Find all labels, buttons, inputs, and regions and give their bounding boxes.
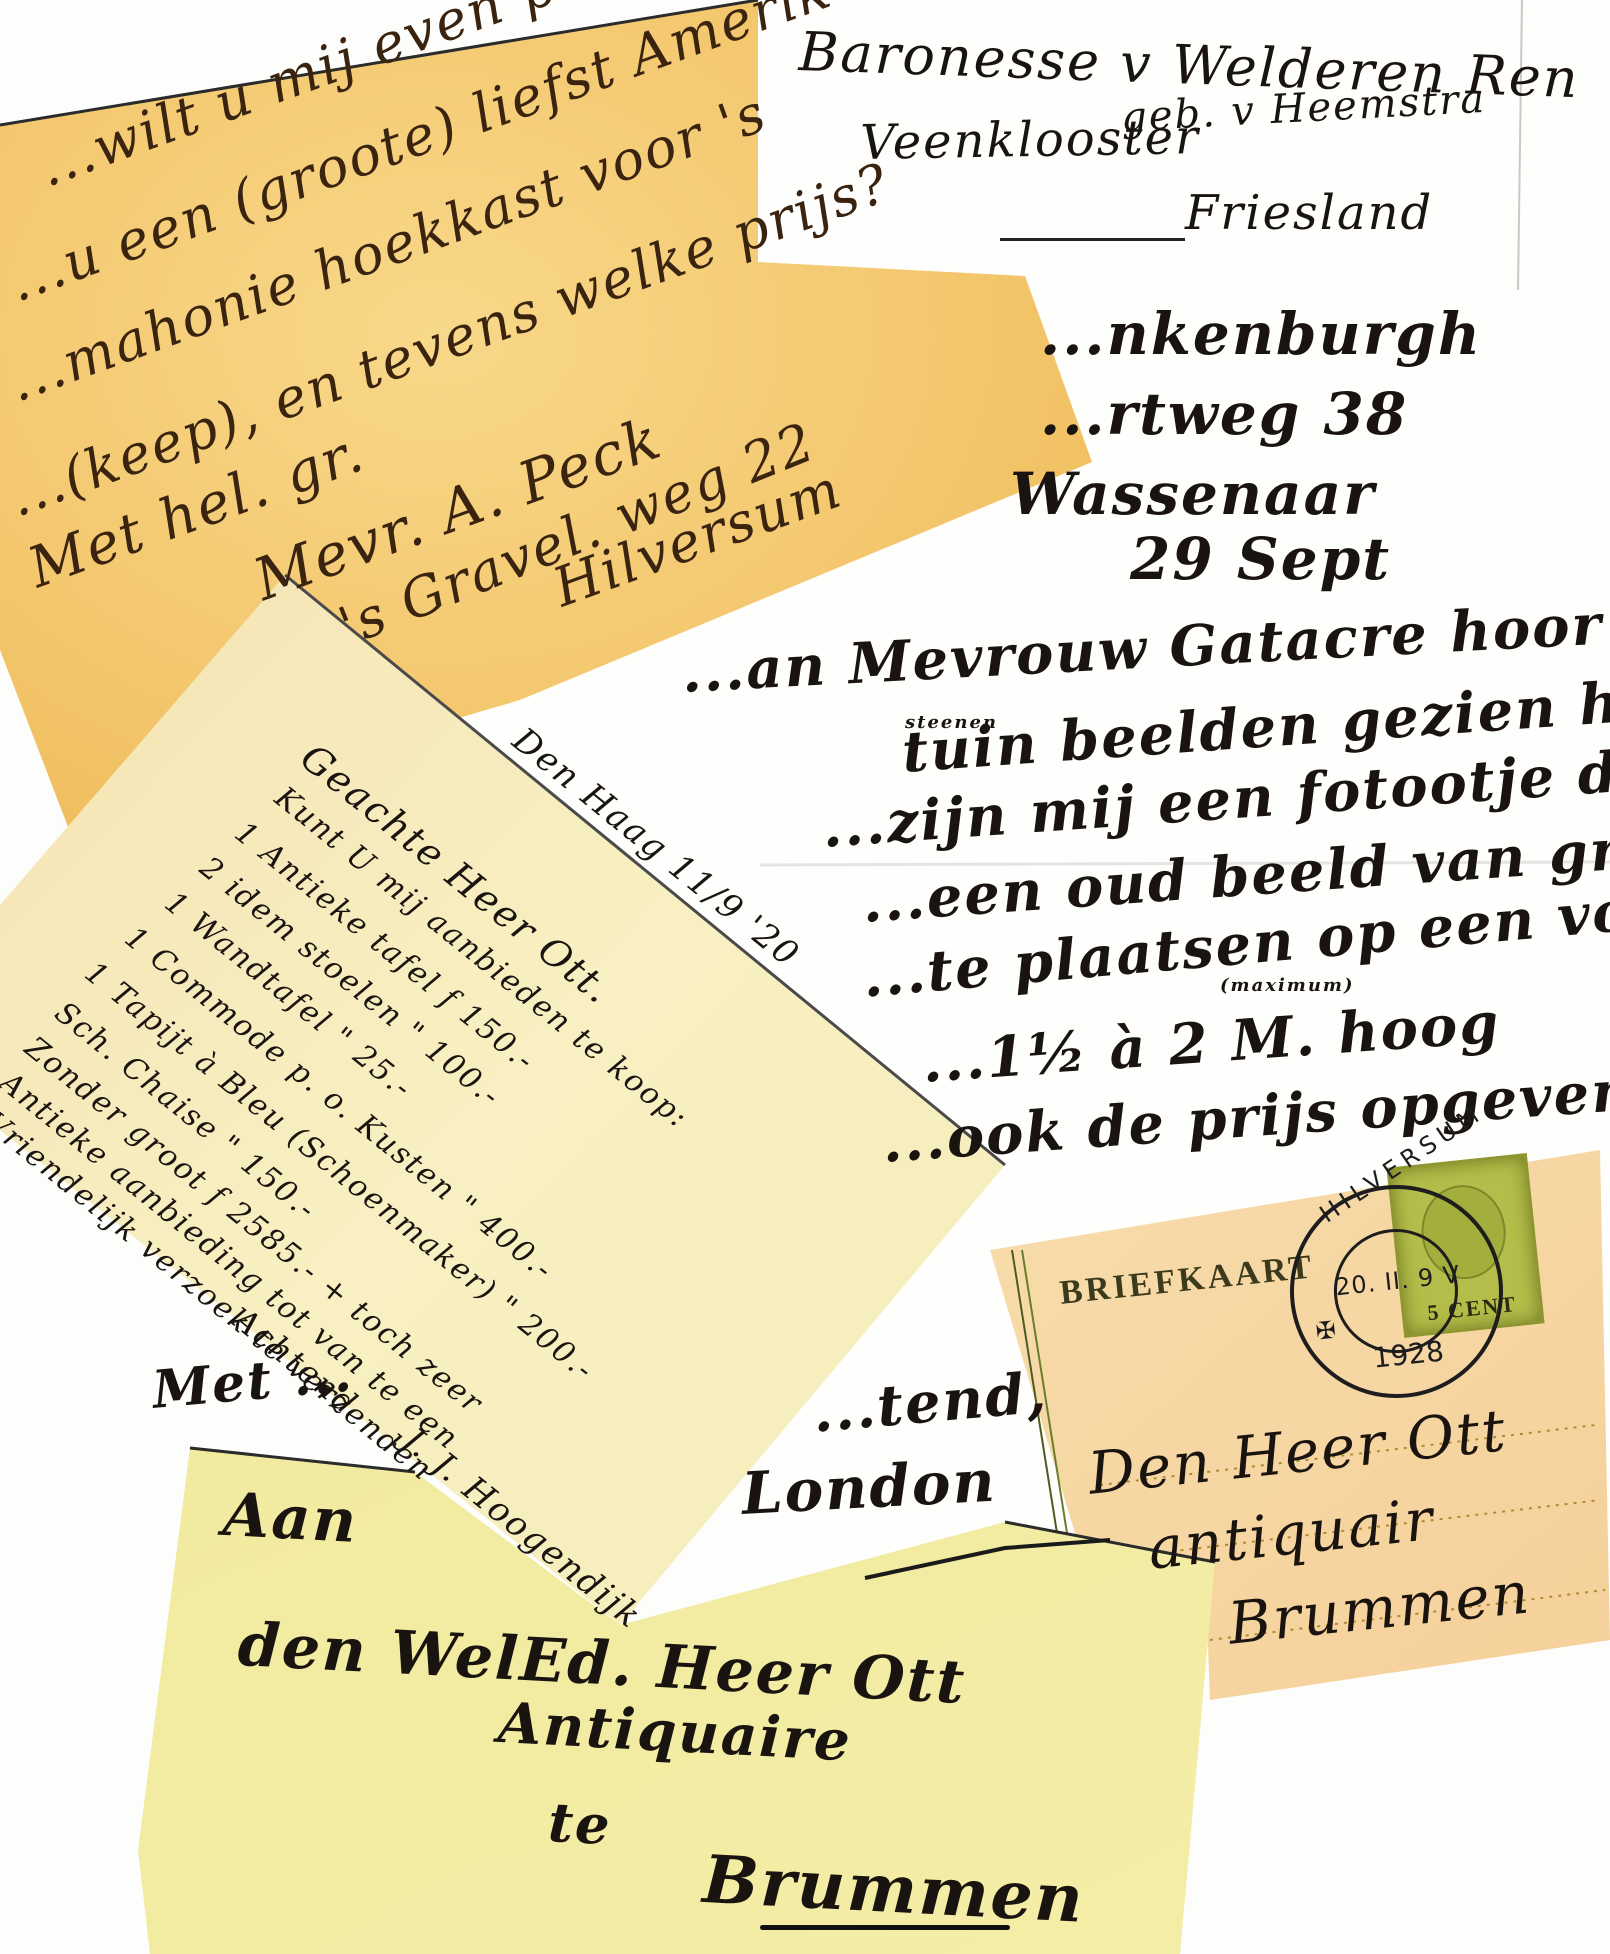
- address-line: Wassenaar: [1010, 460, 1376, 528]
- star-icon: ✠: [1314, 1316, 1337, 1347]
- address-line: ...nkenburgh: [1040, 300, 1482, 368]
- collage: Baronesse v Welderen Ren geb. v Heemstra…: [0, 0, 1610, 1954]
- envelope-underline: [760, 1925, 1010, 1930]
- body-insertion: (maximum): [1220, 975, 1355, 996]
- date-line: 29 Sept: [1130, 525, 1391, 593]
- letter-header-line: Veenklooster: [860, 109, 1200, 171]
- envelope-line: Aan: [221, 1480, 360, 1557]
- envelope-line: te: [547, 1790, 614, 1857]
- address-line: ...rtweg 38: [1040, 380, 1408, 448]
- postmark-year: 1928: [1371, 1334, 1445, 1374]
- body-line: London: [740, 1447, 998, 1528]
- letter-header-line: Friesland: [1185, 185, 1433, 241]
- header-underline: [1000, 238, 1185, 241]
